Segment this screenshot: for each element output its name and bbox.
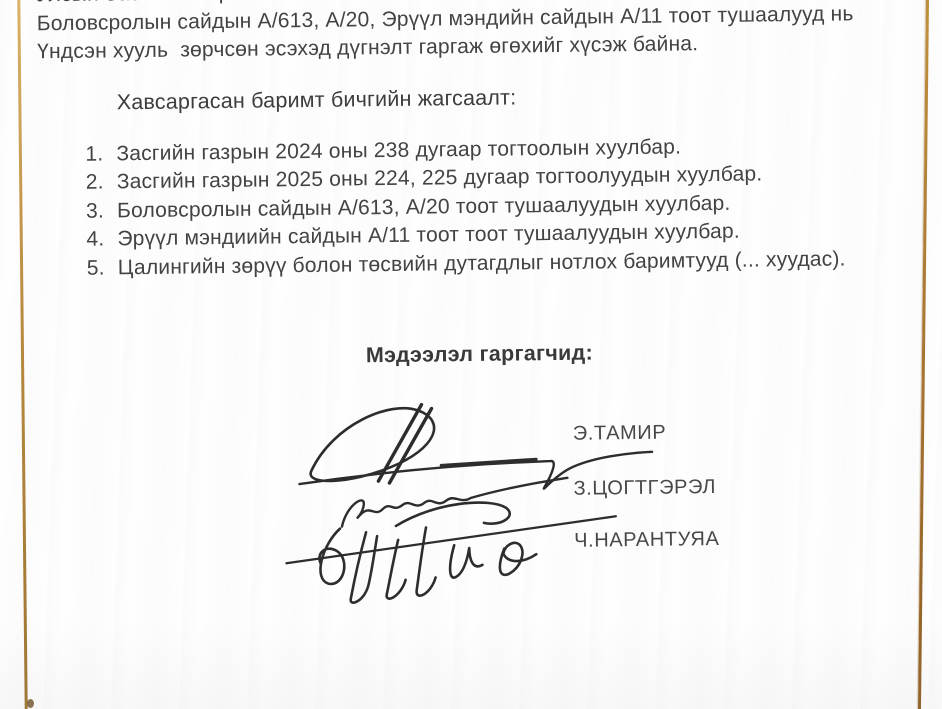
scanned-document-photo: Улсын Засгийн газрын 2024 оны 238, 2025 …	[0, 0, 942, 709]
signer-name-tamir: Э.ТАМИР	[573, 422, 667, 446]
list-item-number: 5.	[87, 256, 118, 280]
signer-name-narantuya: Ч.НАРАНТУЯА	[574, 528, 720, 553]
list-item-text: Засгийн газрын 2024 оны 238 дугаар тогто…	[116, 135, 681, 166]
list-item-number: 2.	[86, 171, 117, 195]
list-item-number: 1.	[85, 142, 116, 166]
intro-paragraph: Улсын Засгийн газрын 2024 оны 238, 2025 …	[36, 0, 919, 67]
list-item-number: 4.	[86, 227, 117, 251]
narantuya-signature	[278, 491, 621, 609]
signer-name-tsogtgerel: З.ЦОГТГЭРЭЛ	[573, 476, 716, 501]
document-page: Улсын Засгийн газрын 2024 оны 238, 2025 …	[0, 0, 942, 709]
attachments-list: 1. Засгийн газрын 2024 оны 238 дугаар то…	[85, 133, 917, 285]
attachments-heading: Хавсаргасан баримт бичгийн жагсаалт:	[117, 85, 517, 115]
signers-heading: Мэдээлэл гаргагчид:	[366, 341, 593, 369]
bottom-left-speck	[27, 699, 34, 708]
list-item-number: 3.	[86, 199, 117, 223]
